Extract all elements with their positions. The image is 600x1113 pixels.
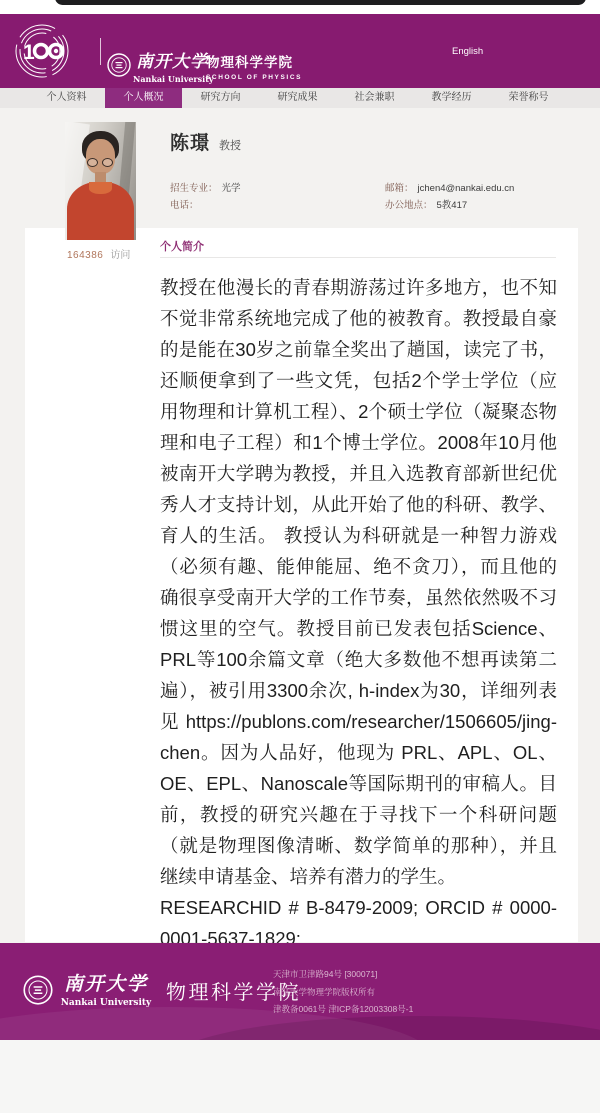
university-name-zh: 南开大学 bbox=[133, 47, 211, 72]
visit-label: 访问 bbox=[110, 250, 130, 261]
tab-personal-overview[interactable]: 个人概况 bbox=[105, 88, 182, 108]
footer-address: 天津市卫津路94号 [300071] bbox=[273, 966, 413, 984]
professor-name: 陈璟 bbox=[170, 128, 210, 155]
university-name-en: Nankai University bbox=[133, 74, 211, 84]
tab-research-direction[interactable]: 研究方向 bbox=[182, 88, 259, 108]
nankai-seal-icon bbox=[107, 53, 131, 77]
photo-glasses-right bbox=[102, 158, 113, 167]
profile-nav: 个人资料 个人概况 研究方向 研究成果 社会兼职 教学经历 荣誉称号 bbox=[0, 88, 600, 108]
section-divider bbox=[160, 257, 556, 258]
footer-university-name-zh: 南开大学 bbox=[58, 969, 154, 996]
visit-count: 164386 bbox=[67, 250, 103, 261]
footer-icp: 津教备0061号 津ICP备12003308号-1 bbox=[273, 1001, 413, 1019]
tab-social-positions[interactable]: 社会兼职 bbox=[336, 88, 413, 108]
field-office: 办公地点：5教417 bbox=[385, 197, 514, 214]
centennial-100-logo-icon: 1 bbox=[14, 23, 71, 80]
header-divider bbox=[100, 38, 101, 65]
site-footer: 南开大学 Nankai University 物理科学学院 天津市卫津路94号 … bbox=[0, 943, 600, 1040]
photo-glasses-left bbox=[87, 158, 98, 167]
field-major: 招生专业：光学 bbox=[170, 180, 241, 197]
tab-research-results[interactable]: 研究成果 bbox=[259, 88, 336, 108]
biography-paragraph: 教授在他漫长的青春期游荡过许多地方，也不知不觉非常系统地完成了他的被教育。教授最… bbox=[160, 272, 557, 892]
footer-copyright: 南开大学物理学院版权所有 bbox=[273, 984, 413, 1002]
field-phone: 电话： bbox=[170, 197, 241, 214]
school-name-en: SCHOOL OF PHYSICS bbox=[206, 74, 302, 81]
school-name-zh: 物理科学学院 bbox=[206, 51, 302, 71]
professor-title: 教授 bbox=[219, 140, 241, 152]
footer-university-logotype: 南开大学 Nankai University bbox=[58, 969, 154, 1008]
tab-honorary-titles[interactable]: 荣誉称号 bbox=[490, 88, 567, 108]
profile-photo bbox=[65, 122, 136, 240]
browser-toolbar-edge bbox=[55, 0, 586, 5]
section-title-intro: 个人简介 bbox=[160, 238, 204, 254]
photo-face bbox=[86, 139, 115, 174]
footer-info-block: 天津市卫津路94号 [300071] 南开大学物理学院版权所有 津教备0061号… bbox=[273, 966, 413, 1019]
page-bottom-spacer bbox=[0, 1040, 600, 1113]
tab-teaching-experience[interactable]: 教学经历 bbox=[413, 88, 490, 108]
university-logotype: 南开大学 Nankai University bbox=[133, 47, 211, 84]
photo-collar bbox=[89, 182, 112, 194]
tab-personal-info[interactable]: 个人资料 bbox=[28, 88, 105, 108]
biography-text: 教授在他漫长的青春期游荡过许多地方，也不知不觉非常系统地完成了他的被教育。教授最… bbox=[160, 272, 557, 954]
school-logotype: 物理科学学院 SCHOOL OF PHYSICS bbox=[206, 51, 302, 81]
language-switch-english[interactable]: English bbox=[452, 46, 483, 57]
visit-counter: 164386访问 bbox=[67, 246, 130, 261]
nankai-seal-icon bbox=[23, 975, 53, 1005]
site-header: 1 南开大学 Nankai University 物理科学学院 SCHOOL O… bbox=[0, 14, 600, 88]
footer-university-name-en: Nankai University bbox=[58, 998, 154, 1008]
name-row: 陈璟教授 bbox=[170, 128, 241, 155]
top-strip bbox=[0, 0, 600, 14]
field-email: 邮箱：jchen4@nankai.edu.cn bbox=[385, 180, 514, 197]
